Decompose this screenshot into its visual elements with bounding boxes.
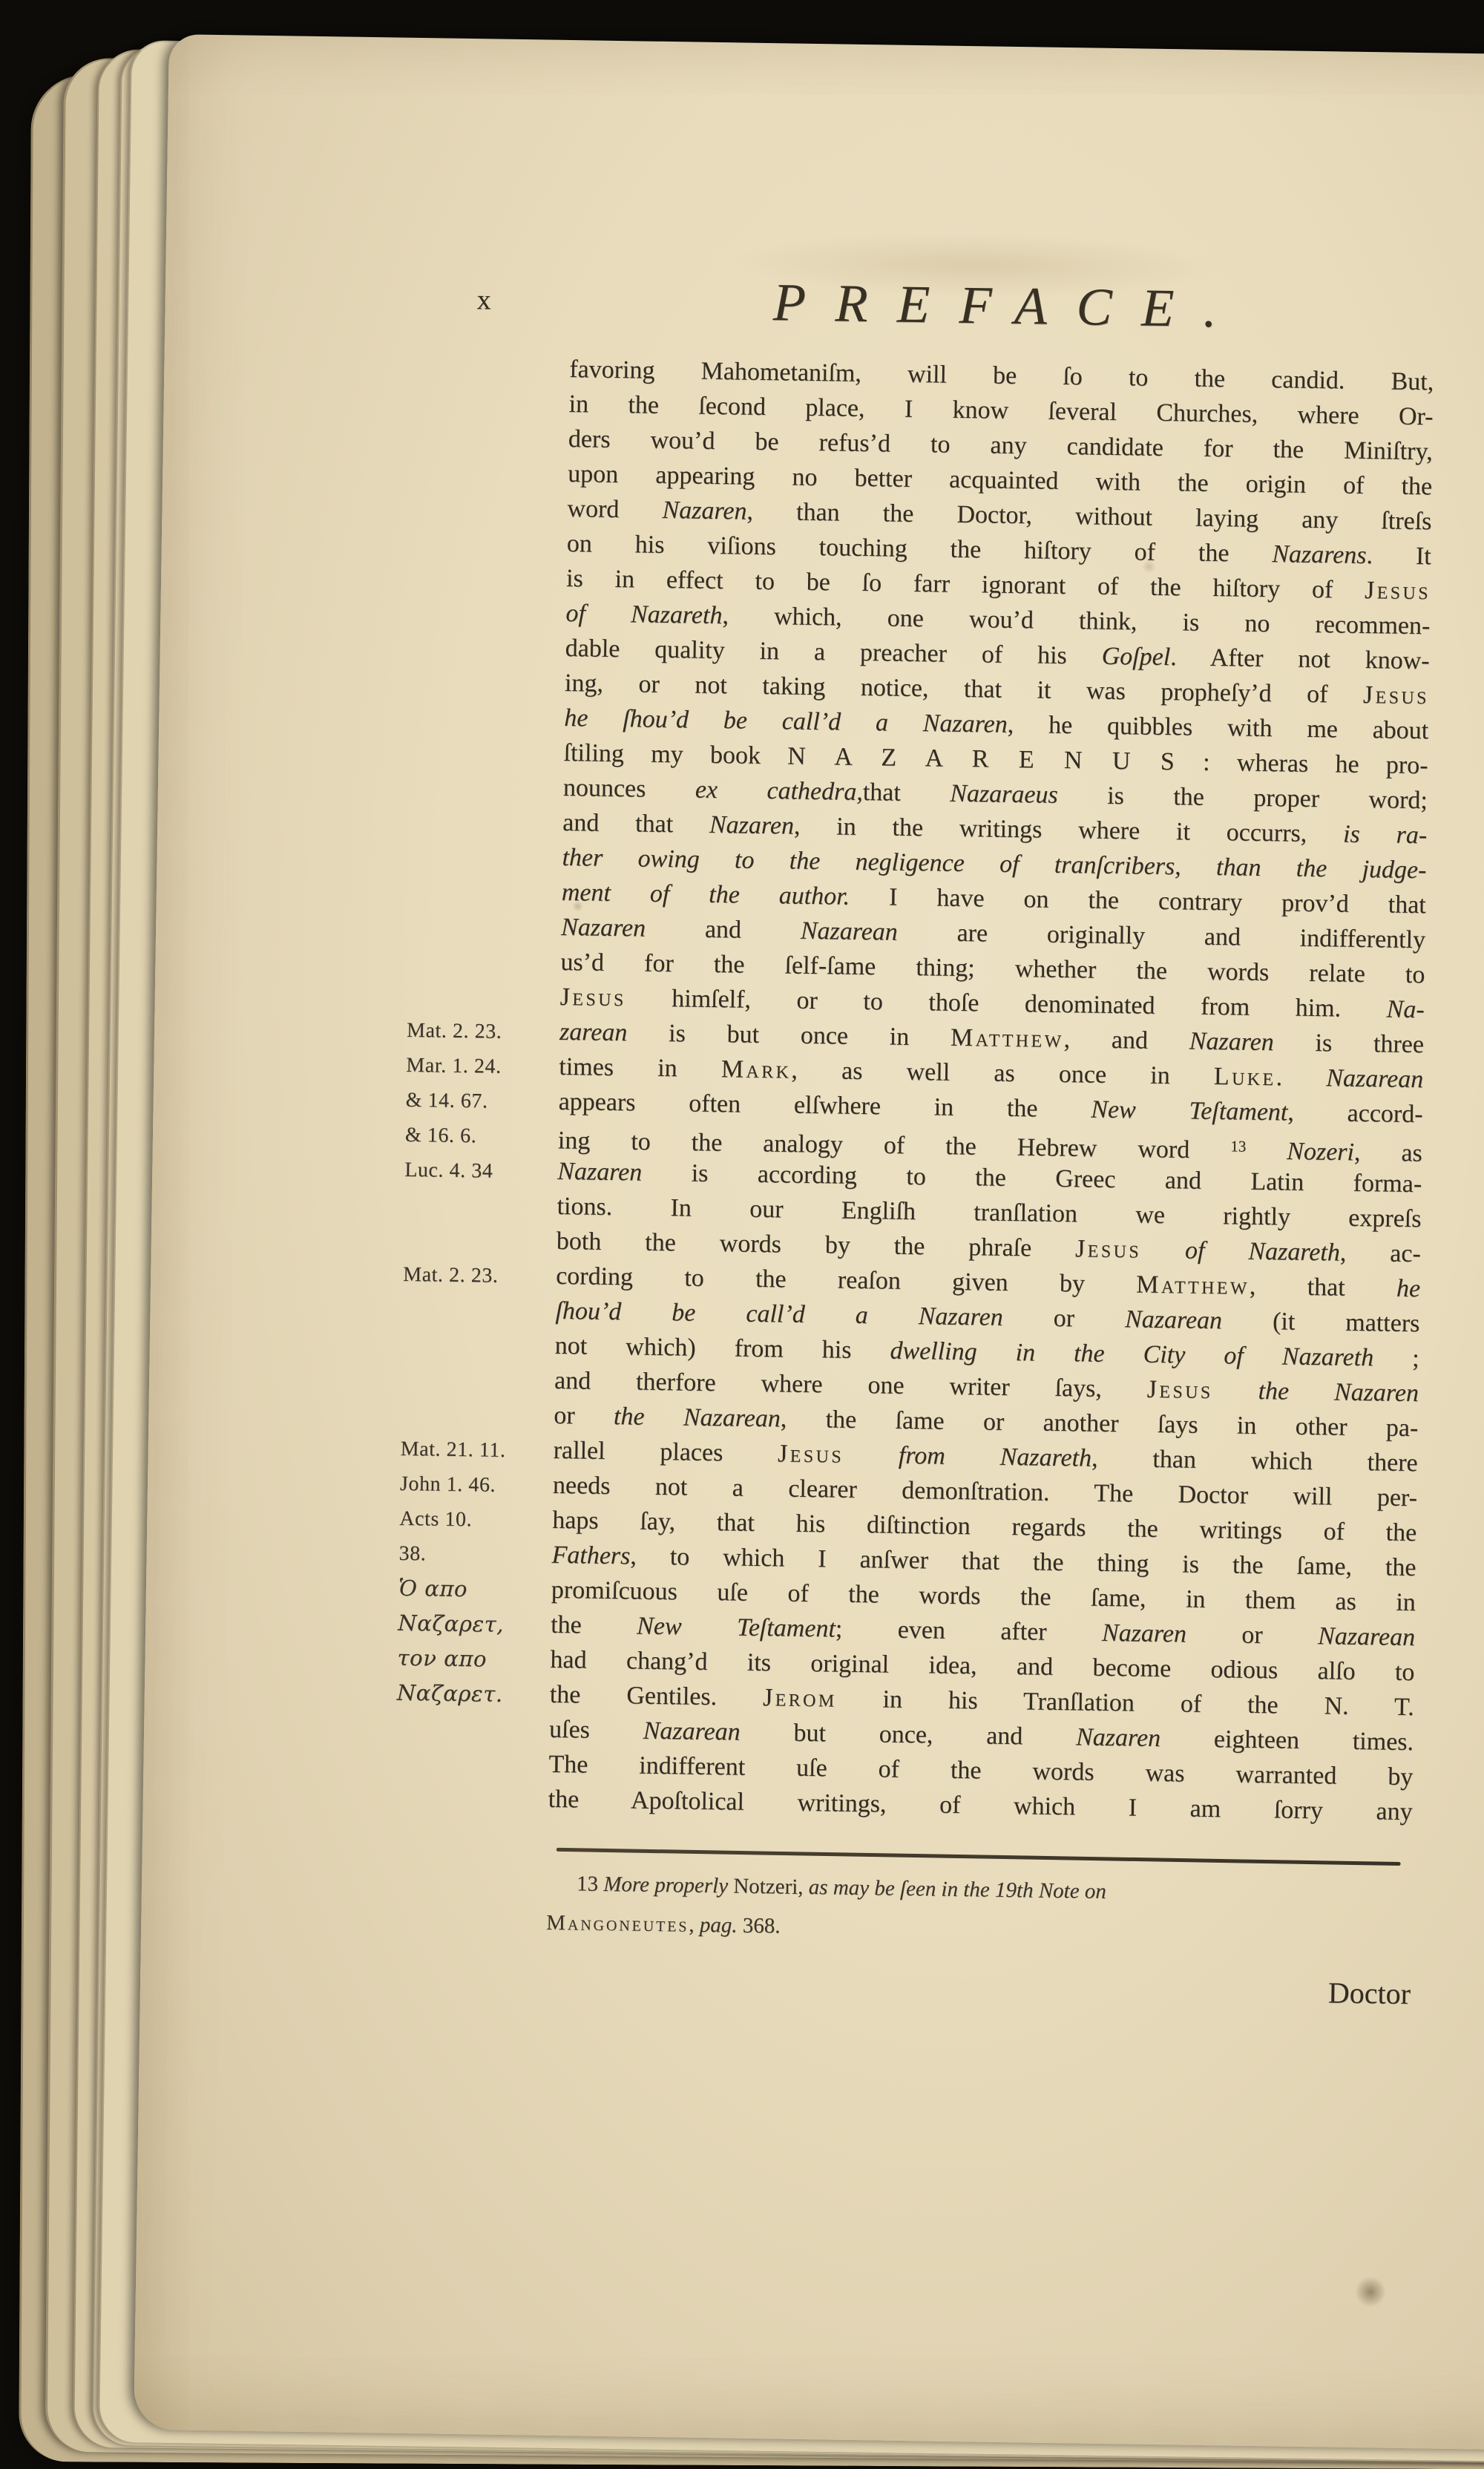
text-segment-i: Nazaren	[557, 1158, 643, 1187]
margin-note: Ὁ απο	[398, 1570, 552, 1607]
text-segment-r: the Gentiles.	[550, 1681, 764, 1711]
text-segment-i: the Nazaren	[1258, 1377, 1419, 1407]
text-segment-i: Nozeri	[1287, 1138, 1354, 1166]
text-segment-r: times in	[559, 1053, 721, 1083]
text-segment-r: , in the writings where it occurrs,	[794, 813, 1344, 848]
text-segment-i: of Nazareth	[1185, 1236, 1340, 1266]
text-segment-r: , accord-	[1287, 1099, 1423, 1129]
margin-spacer	[416, 350, 570, 387]
text-segment-r: nounces	[563, 774, 695, 804]
text-segment-r	[1246, 1137, 1287, 1165]
text-segment-r: but once, and	[740, 1719, 1076, 1751]
text-segment-r: . After not know-	[1170, 643, 1430, 675]
text-segment-i: he ſhou’d be call’d a Nazaren	[564, 704, 1008, 738]
text-segment-r: rallel places	[553, 1437, 778, 1467]
text-segment-r: : wheras he pro-	[1176, 748, 1428, 779]
text-segment-r: . It	[1366, 542, 1431, 570]
text-segment-i: zarean	[559, 1018, 628, 1046]
text-segment-i: the Nazarean	[614, 1403, 781, 1432]
text-segment-i: from Nazareth	[899, 1442, 1092, 1472]
margin-spacer	[410, 733, 564, 770]
margin-spacer	[410, 768, 564, 805]
body-lines: favoring Mahometaniſm, will be ſo to the…	[395, 350, 1440, 1829]
text-segment-r: or	[554, 1402, 614, 1430]
margin-spacer	[414, 524, 568, 561]
text-segment-r: word	[567, 495, 663, 524]
margin-note: Luc. 4. 34	[404, 1152, 558, 1189]
text-segment-r: , as well as once in	[791, 1057, 1214, 1090]
text-segment-i: Nazarean	[1326, 1064, 1424, 1093]
text-segment-r: uſes	[549, 1716, 643, 1745]
footnote: 13 More properly Notzeri, as may be ſeen…	[546, 1864, 1411, 1955]
text-segment-i: pag.	[700, 1913, 738, 1938]
text-segment-i: Nazarean	[643, 1717, 741, 1746]
text-segment-r: .	[1275, 1063, 1326, 1092]
text-segment-r: not which) from his	[555, 1332, 890, 1365]
text-segment-r: dable quality in a preacher of his	[565, 635, 1102, 670]
margin-note: Mat. 2. 23.	[403, 1256, 556, 1293]
text-segment-r: 13	[577, 1872, 604, 1896]
text-segment-r: 368.	[737, 1914, 780, 1938]
text-segment-sc: Jesus	[1147, 1376, 1213, 1404]
text-segment-sup: 13	[1230, 1137, 1246, 1155]
text-segment-r: that	[863, 778, 951, 807]
text-segment-r: , ac-	[1340, 1239, 1422, 1268]
text-segment-r: in his Tranſlation of the N. T.	[836, 1685, 1414, 1722]
text-segment-i: Nazaren	[662, 496, 747, 525]
margin-spacer	[395, 1745, 549, 1782]
text-segment-i: New Teſtament	[637, 1613, 835, 1643]
margin-note: & 14. 67.	[405, 1082, 559, 1119]
margin-spacer	[402, 1326, 556, 1363]
margin-spacer	[409, 838, 562, 875]
text-segment-r: are originally and indifferently	[898, 919, 1426, 954]
text-segment-sc: Jesus	[1075, 1235, 1141, 1263]
text-segment-caps: N A Z A R E N U S	[787, 742, 1176, 776]
text-segment-r: , and	[1063, 1026, 1189, 1055]
margin-spacer	[401, 1396, 554, 1433]
text-segment-i: Nazaren	[1189, 1028, 1275, 1057]
margin-spacer	[396, 1710, 550, 1747]
text-segment-i: Nazarean	[1125, 1305, 1223, 1334]
margin-spacer	[413, 559, 567, 596]
margin-spacer	[410, 803, 563, 840]
catchword: Doctor	[545, 1964, 1411, 2011]
margin-spacer	[413, 594, 566, 631]
margin-note: Ναζαρετ,	[398, 1605, 551, 1642]
text-segment-r: cording to the reaſon given by	[556, 1262, 1137, 1299]
text-segment-r: ; even after	[835, 1616, 1103, 1647]
text-segment-r	[844, 1441, 899, 1469]
margin-spacer	[407, 942, 561, 980]
text-segment-i: Goſpel	[1101, 643, 1170, 671]
book-page: x PREFACE. favoring Mahometaniſm, will b…	[134, 34, 1484, 2451]
margin-spacer	[416, 384, 569, 422]
paper-stain	[1354, 2277, 1388, 2307]
text-segment-r: is the proper word;	[1057, 781, 1428, 814]
text-segment-i: New Teſtament	[1091, 1096, 1288, 1127]
text-segment-r: is but once in	[627, 1019, 951, 1051]
text-segment-i: Nazaraeus	[950, 780, 1058, 809]
text-segment-r: ſtiling my book	[563, 739, 787, 770]
text-segment-sc: Matthew	[951, 1024, 1064, 1053]
text-segment-i: Nazarean	[1318, 1622, 1416, 1651]
text-segment-i: ex cathedra,	[695, 776, 864, 806]
text-segment-sc: Mangoneutes	[546, 1911, 689, 1937]
margin-note: Mat. 21. 11.	[400, 1431, 554, 1468]
text-segment-i: Nazarean	[801, 917, 899, 946]
book-scan: x PREFACE. favoring Mahometaniſm, will b…	[0, 0, 1484, 2469]
text-segment-sc: Jerom	[763, 1684, 837, 1712]
text-segment-r	[1212, 1377, 1258, 1405]
margin-note: Mar. 1. 24.	[406, 1047, 559, 1084]
text-segment-sc: Luke	[1214, 1063, 1276, 1091]
text-segment-i: Nazaren	[1076, 1723, 1161, 1752]
margin-note: Ναζαρετ.	[397, 1675, 551, 1712]
text-segment-i: ſhou’d be call’d a Nazaren	[555, 1297, 1003, 1331]
margin-spacer	[404, 1187, 557, 1224]
text-segment-r: , that	[1250, 1273, 1397, 1302]
text-segment-r: Notzeri,	[733, 1875, 809, 1900]
page-number: x	[476, 283, 491, 316]
text-segment-r: (it matters	[1222, 1307, 1420, 1337]
text-segment-i: Nazaren	[1102, 1619, 1187, 1648]
page-title: PREFACE.	[571, 269, 1448, 343]
margin-spacer	[415, 454, 568, 491]
margin-spacer	[401, 1361, 555, 1398]
text-segment-sc: Jesus	[560, 983, 626, 1011]
text-segment-sc: Jesus	[1363, 681, 1429, 709]
text-segment-r: both the words by the phraſe	[556, 1227, 1076, 1262]
margin-note: Mat. 2. 23.	[407, 1012, 560, 1049]
margin-note: & 16. 6.	[405, 1117, 559, 1154]
text-segment-r: and therfore where one writer ſays,	[554, 1367, 1147, 1403]
text-segment-i: Nazarens	[1272, 540, 1367, 569]
text-segment-r: and	[646, 915, 801, 945]
text-segment-i: he	[1396, 1275, 1421, 1302]
text-segment-r: ;	[1373, 1344, 1419, 1372]
text-segment-i: as may be ſeen in the 19th Note on	[809, 1875, 1107, 1904]
text-segment-r: , as	[1354, 1138, 1422, 1167]
text-segment-r: appears often elſwhere in the	[558, 1088, 1091, 1124]
footnote-rule	[556, 1848, 1401, 1866]
text-segment-i: ment of the author.	[562, 879, 850, 911]
text-segment-r: or	[1186, 1621, 1319, 1650]
text-segment-r: is three	[1274, 1029, 1425, 1058]
text-segment-r: the	[551, 1611, 637, 1640]
text-segment-r: and that	[562, 809, 709, 839]
margin-spacer	[408, 908, 562, 945]
text-segment-sc: Jesus	[1365, 577, 1431, 605]
margin-spacer	[414, 489, 568, 526]
text-segment-i: of Nazareth	[565, 600, 723, 629]
margin-spacer	[395, 1780, 548, 1817]
text-segment-r	[1141, 1236, 1186, 1265]
text-segment-i: dwelling in the City of Nazareth	[890, 1337, 1373, 1372]
text-segment-sc: Mark	[721, 1055, 792, 1083]
margin-spacer	[416, 419, 569, 456]
text-segment-i: Nazaren	[709, 811, 795, 840]
text-segment-i: Na-	[1386, 995, 1425, 1023]
text-segment-i: is ra-	[1343, 821, 1428, 850]
text-segment-r: ,	[689, 1913, 700, 1937]
text-segment-i: Nazaren	[561, 914, 646, 942]
margin-note: Acts 10.	[399, 1501, 553, 1538]
text-segment-sc: Matthew	[1136, 1271, 1250, 1300]
margin-spacer	[412, 663, 565, 701]
margin-spacer	[412, 629, 565, 666]
text-segment-r: or	[1002, 1304, 1125, 1333]
text-segment-r: eighteen times.	[1160, 1725, 1414, 1756]
margin-spacer	[402, 1291, 556, 1328]
margin-spacer	[404, 1222, 557, 1259]
margin-spacer	[409, 873, 562, 910]
margin-note: John 1. 46.	[400, 1466, 554, 1503]
text-segment-i: Fathers	[551, 1541, 630, 1570]
text-segment-r: , the ſame or another ſays in other pa-	[781, 1405, 1419, 1442]
text-segment-sc: Jesus	[778, 1440, 844, 1468]
text-segment-r: I have on the contrary prov’d that	[850, 883, 1426, 919]
margin-note: τον απο	[397, 1640, 551, 1677]
margin-note: 38.	[398, 1535, 552, 1573]
margin-spacer	[411, 698, 565, 735]
text-segment-r: , than which there	[1091, 1445, 1418, 1478]
margin-spacer	[407, 977, 560, 1014]
text-segment-r: , he quibbles with me about	[1008, 711, 1429, 744]
text-segment-i: More properly	[603, 1872, 734, 1898]
